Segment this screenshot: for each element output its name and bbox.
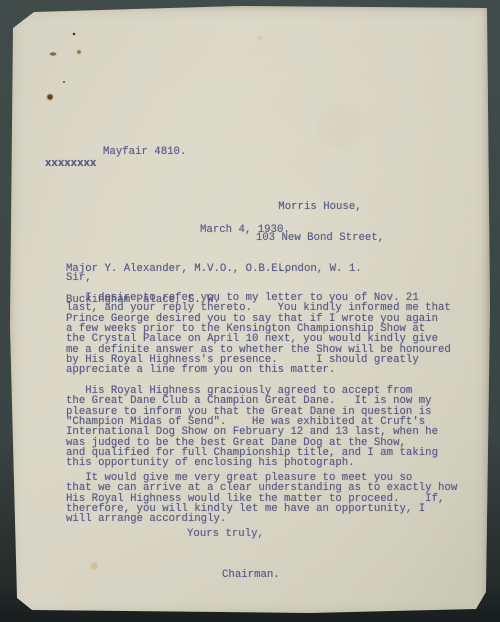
- paragraph-1: I desire to refer you to my letter to yo…: [66, 293, 451, 376]
- paragraph-3: It would give me very great pleasure to …: [66, 473, 457, 525]
- closing: Yours truly,: [187, 529, 264, 539]
- signature-title: Chairman.: [222, 570, 280, 580]
- struck-out-text: xxxxxxxx: [45, 159, 96, 169]
- telephone-line: Mayfair 4810.: [103, 147, 186, 157]
- salutation: Sir,: [66, 273, 92, 283]
- recipient-line: Major Y. Alexander, M.V.O., O.B.E.,: [66, 264, 290, 274]
- paragraph-2: His Royal Highness graciously agreed to …: [66, 386, 438, 469]
- date-line: March 4, 1930.: [200, 225, 290, 235]
- scan-background: Mayfair 4810. xxxxxxxx Morris House, 103…: [0, 0, 500, 622]
- letter-paper: Mayfair 4810. xxxxxxxx Morris House, 103…: [10, 6, 490, 616]
- sender-address-line: Morris House,: [245, 202, 395, 212]
